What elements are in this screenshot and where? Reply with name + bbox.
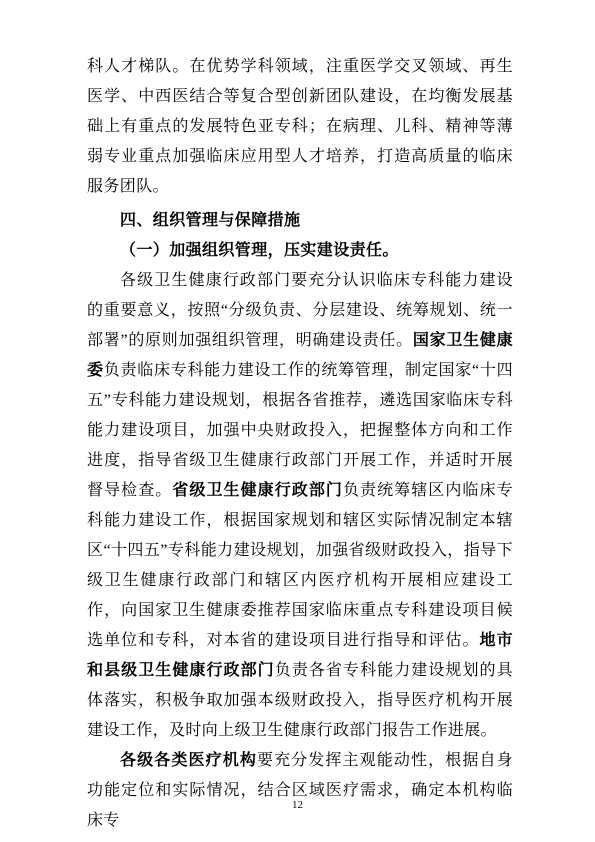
page-number: 12	[0, 798, 595, 812]
text-run-bold: 省级卫生健康行政部门	[172, 482, 343, 499]
text-run: 负责临床专科能力建设工作的统筹管理，制定国家“十四五”专科能力建设规划，根据各省…	[87, 362, 513, 499]
section-heading: 四、组织管理与保障措施	[87, 206, 513, 236]
document-body: 科人才梯队。在优势学科领域，注重医学交叉领域、再生医学、中西医结合等复合型创新团…	[87, 52, 513, 836]
paragraph-body: 各级各类医疗机构要充分发挥主观能动性，根据自身功能定位和实际情况，结合区域医疗需…	[87, 746, 513, 836]
section-heading-text: 四、组织管理与保障措施	[120, 212, 300, 229]
text-run: 科人才梯队。在优势学科领域，注重医学交叉领域、再生医学、中西医结合等复合型创新团…	[87, 58, 513, 195]
subsection-heading-text: （一）加强组织管理，压实建设责任。	[120, 242, 399, 259]
paragraph-continuation: 科人才梯队。在优势学科领域，注重医学交叉领域、再生医学、中西医结合等复合型创新团…	[87, 52, 513, 202]
subsection-heading: （一）加强组织管理，压实建设责任。	[87, 236, 513, 266]
document-page: 科人才梯队。在优势学科领域，注重医学交叉领域、再生医学、中西医结合等复合型创新团…	[0, 0, 595, 842]
paragraph-body: 各级卫生健康行政部门要充分认识临床专科能力建设的重要意义，按照“分级负责、分层建…	[87, 266, 513, 746]
text-run-bold: 各级各类医疗机构	[120, 752, 257, 769]
text-run: 负责统筹辖区内临床专科能力建设工作，根据国家规划和辖区实际情况制定本辖区“十四五…	[87, 482, 513, 649]
